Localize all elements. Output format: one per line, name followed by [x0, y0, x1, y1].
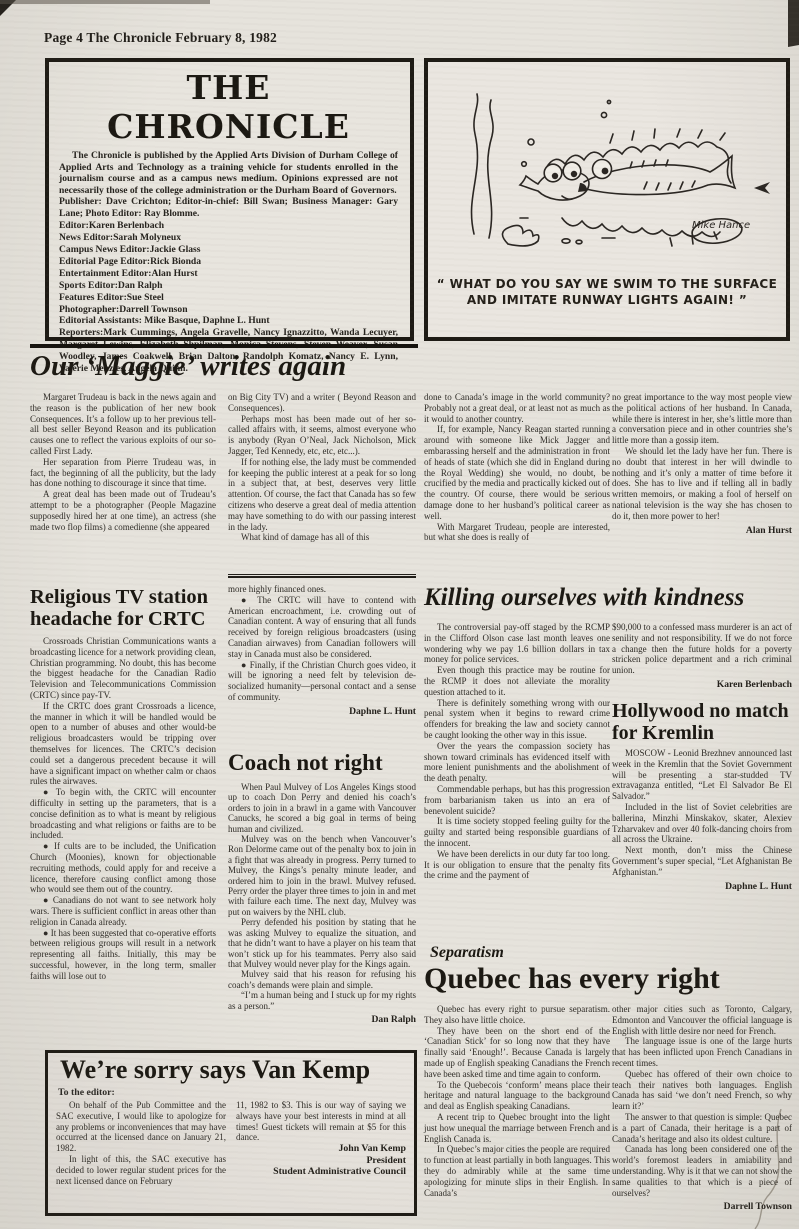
byline-killing: Karen Berlenbach	[612, 679, 792, 690]
paragraph: Quebec has offered of their own choice t…	[612, 1069, 792, 1112]
vankemp-column-2: 11, 1982 to $3. This is our way of sayin…	[236, 1100, 406, 1186]
paragraph: A recent trip to Quebec brought into the…	[424, 1112, 610, 1144]
paragraph: Campus News Editor:Jackie Glass	[59, 244, 398, 256]
paragraph: On behalf of the Pub Committee and the S…	[56, 1100, 226, 1154]
editorial-cartoon-box: Mike Hance “ WHAT DO YOU SAY WE SWIM TO …	[424, 58, 790, 341]
killing-column-2-text: $90,000 to a confessed mass murderer is …	[612, 622, 792, 676]
paragraph: Quebec has every right to pursue separat…	[424, 1004, 610, 1026]
paragraph: Editor:Karen Berlenbach	[59, 220, 398, 232]
paragraph: other major cities such as Toronto, Calg…	[612, 1004, 792, 1036]
headline-coach: Coach not right	[228, 750, 420, 776]
crtc-column-2: more highly financed ones.● The CRTC wil…	[228, 584, 416, 717]
paragraph: John Van Kemp	[236, 1143, 406, 1155]
paragraph: ● The CRTC will have to contend with Ame…	[228, 595, 416, 660]
paragraph: The language issue is one of the large h…	[612, 1036, 792, 1068]
paragraph: 11, 1982 to $3. This is our way of sayin…	[236, 1100, 406, 1143]
byline-hollywood: Daphne L. Hunt	[612, 881, 792, 892]
paragraph: Mulvey was on the bench when Vancouver’s…	[228, 834, 416, 917]
paragraph: Entertainment Editor:Alan Hurst	[59, 268, 398, 280]
letter-box-vankemp: We’re sorry says Van Kemp To the editor:…	[45, 1050, 417, 1216]
headline-maggie: Our ‘Maggie’ writes again	[30, 350, 422, 383]
headline-hollywood: Hollywood no match for Kremlin	[612, 700, 794, 744]
paragraph: Student Administrative Council	[236, 1166, 406, 1178]
paragraph: Perry defended his position by stating t…	[228, 917, 416, 969]
paragraph: more highly financed ones.	[228, 584, 416, 595]
masthead-box: THE CHRONICLE The Chronicle is published…	[45, 58, 414, 341]
cartoon-caption-line2: AND IMITATE RUNWAY LIGHTS AGAIN! ”	[434, 292, 780, 308]
fish-cartoon-drawing: Mike Hance	[434, 68, 782, 276]
paragraph: The controversial pay-off staged by the …	[424, 622, 610, 665]
byline-crtc: Daphne L. Hunt	[228, 706, 416, 717]
byline-quebec: Darrell Townson	[612, 1201, 792, 1212]
paragraph: With Margaret Trudeau, people are intere…	[424, 522, 610, 544]
paragraph: Margaret Trudeau is back in the news aga…	[30, 392, 216, 457]
byline-maggie: Alan Hurst	[612, 525, 792, 536]
paragraph: Photographer:Darrell Townson	[59, 304, 398, 316]
headline-rule	[30, 344, 418, 348]
paragraph: It is time society stopped feeling guilt…	[424, 816, 610, 848]
paragraph: When Paul Mulvey of Los Angeles Kings st…	[228, 782, 416, 834]
paragraph: They have been on the short end of the ‘…	[424, 1026, 610, 1080]
cartoonist-signature: Mike Hance	[692, 220, 750, 231]
paragraph: The Chronicle is published by the Applie…	[59, 150, 398, 196]
newspaper-page: Page 4 The Chronicle February 8, 1982 TH…	[0, 0, 799, 1229]
vankemp-column-1: On behalf of the Pub Committee and the S…	[56, 1100, 226, 1186]
quebec-column-2-text: other major cities such as Toronto, Calg…	[612, 1004, 792, 1198]
paragraph: Features Editor:Sue Steel	[59, 292, 398, 304]
column-divider-rule	[228, 574, 416, 578]
paragraph: Over the years the compassion society ha…	[424, 741, 610, 784]
paragraph: ● Canadians do not want to see network h…	[30, 895, 216, 927]
paragraph: ● It has been suggested that co-operativ…	[30, 928, 216, 982]
paragraph: Her separation from Pierre Trudeau was, …	[30, 457, 216, 489]
paragraph: If, for example, Nancy Reagan started ru…	[424, 424, 610, 521]
crtc-column-2-text: more highly financed ones.● The CRTC wil…	[228, 584, 416, 703]
letter-salutation: To the editor:	[58, 1087, 406, 1098]
coach-column: When Paul Mulvey of Los Angeles Kings st…	[228, 782, 416, 1025]
letter-signature: John Van KempPresidentStudent Administra…	[236, 1143, 406, 1178]
maggie-column-4: no great importance to the way most peop…	[612, 392, 792, 536]
paragraph: President	[236, 1155, 406, 1167]
paragraph: ● If cults are to be included, the Unifi…	[30, 841, 216, 895]
scan-corner-mark	[788, 0, 799, 47]
paragraph: Crossroads Christian Communications want…	[30, 636, 216, 701]
paragraph: MOSCOW - Leonid Brezhnev announced last …	[612, 748, 792, 802]
paragraph: We have been derelicts in our duty far t…	[424, 849, 610, 881]
paragraph: Sports Editor:Dan Ralph	[59, 280, 398, 292]
headline-killing: Killing ourselves with kindness	[424, 584, 796, 612]
paragraph: Mulvey said that his reason for refusing…	[228, 969, 416, 990]
coach-column-text: When Paul Mulvey of Los Angeles Kings st…	[228, 782, 416, 1011]
headline-crtc: Religious TV station headache for CRTC	[30, 586, 230, 630]
page-folio: Page 4 The Chronicle February 8, 1982	[44, 30, 277, 46]
paragraph: no great importance to the way most peop…	[612, 392, 792, 446]
paragraph: Next month, don’t miss the Chinese Gover…	[612, 845, 792, 877]
paragraph: “I’m a human being and I stuck up for my…	[228, 990, 416, 1011]
paragraph: We should let the lady have her fun. The…	[612, 446, 792, 522]
paragraph: Commendable perhaps, but has this progre…	[424, 784, 610, 816]
newspaper-title: THE CHRONICLE	[59, 68, 398, 146]
killing-column-2: $90,000 to a confessed mass murderer is …	[612, 622, 792, 690]
paragraph: Even though this practice may be routine…	[424, 665, 610, 697]
paragraph: $90,000 to a confessed mass murderer is …	[612, 622, 792, 676]
maggie-column-4-text: no great importance to the way most peop…	[612, 392, 792, 522]
quebec-column-2: other major cities such as Toronto, Calg…	[612, 1004, 792, 1212]
paragraph: What kind of damage has all of this	[228, 532, 416, 543]
paragraph: News Editor:Sarah Molyneux	[59, 232, 398, 244]
maggie-column-2: on Big City TV) and a writer ( Beyond Re…	[228, 392, 416, 543]
hollywood-column-text: MOSCOW - Leonid Brezhnev announced last …	[612, 748, 792, 878]
kicker-separatism: Separatism	[430, 944, 504, 962]
paragraph: Publisher: Dave Crichton; Editor-in-chie…	[59, 196, 398, 220]
paragraph: If for nothing else, the lady must be co…	[228, 457, 416, 533]
paragraph: There is definitely something wrong with…	[424, 698, 610, 741]
maggie-column-3: done to Canada’s image in the world comm…	[424, 392, 610, 543]
paragraph: If the CRTC does grant Crossroads a lice…	[30, 701, 216, 787]
crtc-column-1: Crossroads Christian Communications want…	[30, 636, 216, 982]
paragraph: Included in the list of Soviet celebriti…	[612, 802, 792, 845]
paragraph: Perhaps most has been made out of her so…	[228, 414, 416, 457]
masthead-about: The Chronicle is published by the Applie…	[59, 150, 398, 196]
paragraph: Editorial Assistants: Mike Basque, Daphn…	[59, 315, 398, 327]
byline-coach: Dan Ralph	[228, 1014, 416, 1025]
paragraph: In Quebec’s major cities the people are …	[424, 1144, 610, 1198]
hollywood-column: MOSCOW - Leonid Brezhnev announced last …	[612, 748, 792, 892]
paragraph: on Big City TV) and a writer ( Beyond Re…	[228, 392, 416, 414]
paragraph: In light of this, the SAC executive has …	[56, 1154, 226, 1186]
quebec-column-1: Quebec has every right to pursue separat…	[424, 1004, 610, 1198]
cartoon-caption: “ WHAT DO YOU SAY WE SWIM TO THE SURFACE…	[434, 276, 780, 308]
maggie-column-1: Margaret Trudeau is back in the news aga…	[30, 392, 216, 532]
vankemp-column-2-text: 11, 1982 to $3. This is our way of sayin…	[236, 1100, 406, 1143]
paragraph: ● To begin with, the CRTC will encounter…	[30, 787, 216, 841]
killing-column-1: The controversial pay-off staged by the …	[424, 622, 610, 881]
scan-edge-shadow	[0, 0, 210, 4]
masthead-staff-list: Publisher: Dave Crichton; Editor-in-chie…	[59, 196, 398, 375]
paragraph: Editorial Page Editor:Rick Bionda	[59, 256, 398, 268]
paragraph: Canada has long been considered one of t…	[612, 1144, 792, 1198]
paragraph: The answer to that question is simple: Q…	[612, 1112, 792, 1144]
cartoon-caption-line1: “ WHAT DO YOU SAY WE SWIM TO THE SURFACE	[434, 276, 780, 292]
paragraph: A great deal has been made out of Trudea…	[30, 489, 216, 532]
headline-vankemp: We’re sorry says Van Kemp	[60, 1055, 406, 1085]
headline-quebec: Quebec has every right	[424, 962, 796, 996]
paragraph: To the Quebecois ‘conform’ means place t…	[424, 1080, 610, 1112]
paragraph: ● Finally, if the Christian Church goes …	[228, 660, 416, 703]
paragraph: done to Canada’s image in the world comm…	[424, 392, 610, 424]
